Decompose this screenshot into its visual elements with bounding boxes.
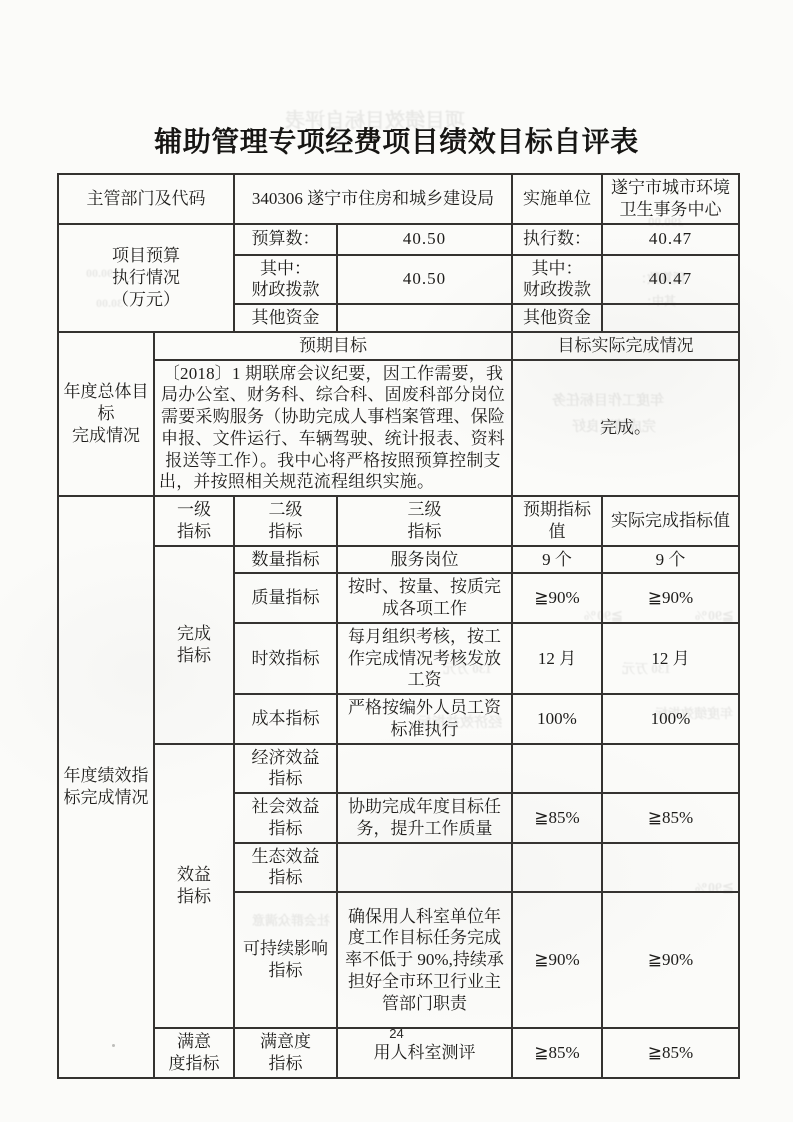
budget-value-cell: 40.50 [337, 224, 512, 255]
expected-value-cell: 100% [512, 694, 602, 744]
actual-value-cell: 100% [602, 694, 739, 744]
budget-value-cell [602, 304, 739, 332]
page-title: 辅助管理专项经费项目绩效目标自评表 [0, 120, 793, 160]
budget-section-label-cell: 项目预算 执行情况 （万元） [58, 224, 234, 332]
actual-value-cell: ≧85% [602, 793, 739, 843]
actual-value-cell: 9 个 [602, 546, 739, 574]
level3-cell: 服务岗位 [337, 546, 512, 574]
budget-value-cell: 40.50 [337, 255, 512, 305]
indicators-section-label-cell: 年度绩效指 标完成情况 [58, 496, 154, 1078]
budget-label-cell: 其中： 财政拨款 [512, 255, 602, 305]
budget-label-cell: 执行数： [512, 224, 602, 255]
expected-value-cell: 12 月 [512, 623, 602, 694]
expected-value-cell: ≧85% [512, 793, 602, 843]
level3-cell: 每月组织考核，按工作完成情况考核发放工资 [337, 623, 512, 694]
expected-goal-text-cell: 〔2018〕1 期联席会议纪要，因工作需要，我局办公室、财务科、综合科、固废科部… [154, 360, 512, 497]
level2-cell: 时效指标 [234, 623, 337, 694]
page-number: 24 [0, 1026, 793, 1041]
budget-value-cell: 40.47 [602, 224, 739, 255]
level2-cell: 质量指标 [234, 573, 337, 623]
level2-cell: 生态效益 指标 [234, 843, 337, 893]
budget-label-cell: 其中： 财政拨款 [234, 255, 337, 305]
level2-cell: 数量指标 [234, 546, 337, 574]
actual-value-cell: ≧90% [602, 892, 739, 1028]
impl-unit-label-cell: 实施单位 [512, 174, 602, 224]
budget-label-cell: 其他资金 [512, 304, 602, 332]
actual-goal-text-cell: 完成。 [512, 360, 739, 497]
actual-value-cell: 12 月 [602, 623, 739, 694]
expected-header-cell: 预期指标 值 [512, 496, 602, 546]
actual-value-cell: ≧90% [602, 573, 739, 623]
level3-cell: 协助完成年度目标任务，提升工作质量 [337, 793, 512, 843]
annual-goal-section-label-cell: 年度总体目 标 完成情况 [58, 332, 154, 496]
actual-value-cell [602, 744, 739, 794]
expected-goal-header-cell: 预期目标 [154, 332, 512, 360]
level3-cell [337, 744, 512, 794]
level3-cell: 严格按编外人员工资标准执行 [337, 694, 512, 744]
impl-unit-value-cell: 遂宁市城市环境 卫生事务中心 [602, 174, 739, 224]
expected-value-cell: ≧90% [512, 573, 602, 623]
level1-cell: 完成 指标 [154, 546, 234, 744]
level3-header-cell: 三级 指标 [337, 496, 512, 546]
level3-cell: 按时、按量、按质完成各项工作 [337, 573, 512, 623]
level2-header-cell: 二级 指标 [234, 496, 337, 546]
actual-header-cell: 实际完成指标值 [602, 496, 739, 546]
dept-code-label-cell: 主管部门及代码 [58, 174, 234, 224]
scanned-document-page: 项目绩效目标自评表 390.00 预算数： 其中： 190.00 30.00 年… [0, 0, 793, 1122]
budget-value-cell [337, 304, 512, 332]
expected-value-cell: 9 个 [512, 546, 602, 574]
expected-value-cell: ≧90% [512, 892, 602, 1028]
level3-cell [337, 843, 512, 893]
level2-cell: 经济效益 指标 [234, 744, 337, 794]
level2-cell: 可持续影响 指标 [234, 892, 337, 1028]
actual-value-cell [602, 843, 739, 893]
expected-value-cell [512, 744, 602, 794]
dept-code-value-cell: 340306 遂宁市住房和城乡建设局 [234, 174, 512, 224]
self-evaluation-table: 主管部门及代码 340306 遂宁市住房和城乡建设局 实施单位 遂宁市城市环境 … [57, 173, 740, 1079]
budget-value-cell: 40.47 [602, 255, 739, 305]
level1-cell: 效益 指标 [154, 744, 234, 1029]
expected-value-cell [512, 843, 602, 893]
level1-header-cell: 一级 指标 [154, 496, 234, 546]
budget-label-cell: 预算数： [234, 224, 337, 255]
level2-cell: 社会效益 指标 [234, 793, 337, 843]
scan-speck [112, 1044, 115, 1047]
level3-cell: 确保用人科室单位年度工作目标任务完成率不低于 90%,持续承担好全市环卫行业主管… [337, 892, 512, 1028]
level2-cell: 成本指标 [234, 694, 337, 744]
actual-goal-header-cell: 目标实际完成情况 [512, 332, 739, 360]
budget-label-cell: 其他资金 [234, 304, 337, 332]
